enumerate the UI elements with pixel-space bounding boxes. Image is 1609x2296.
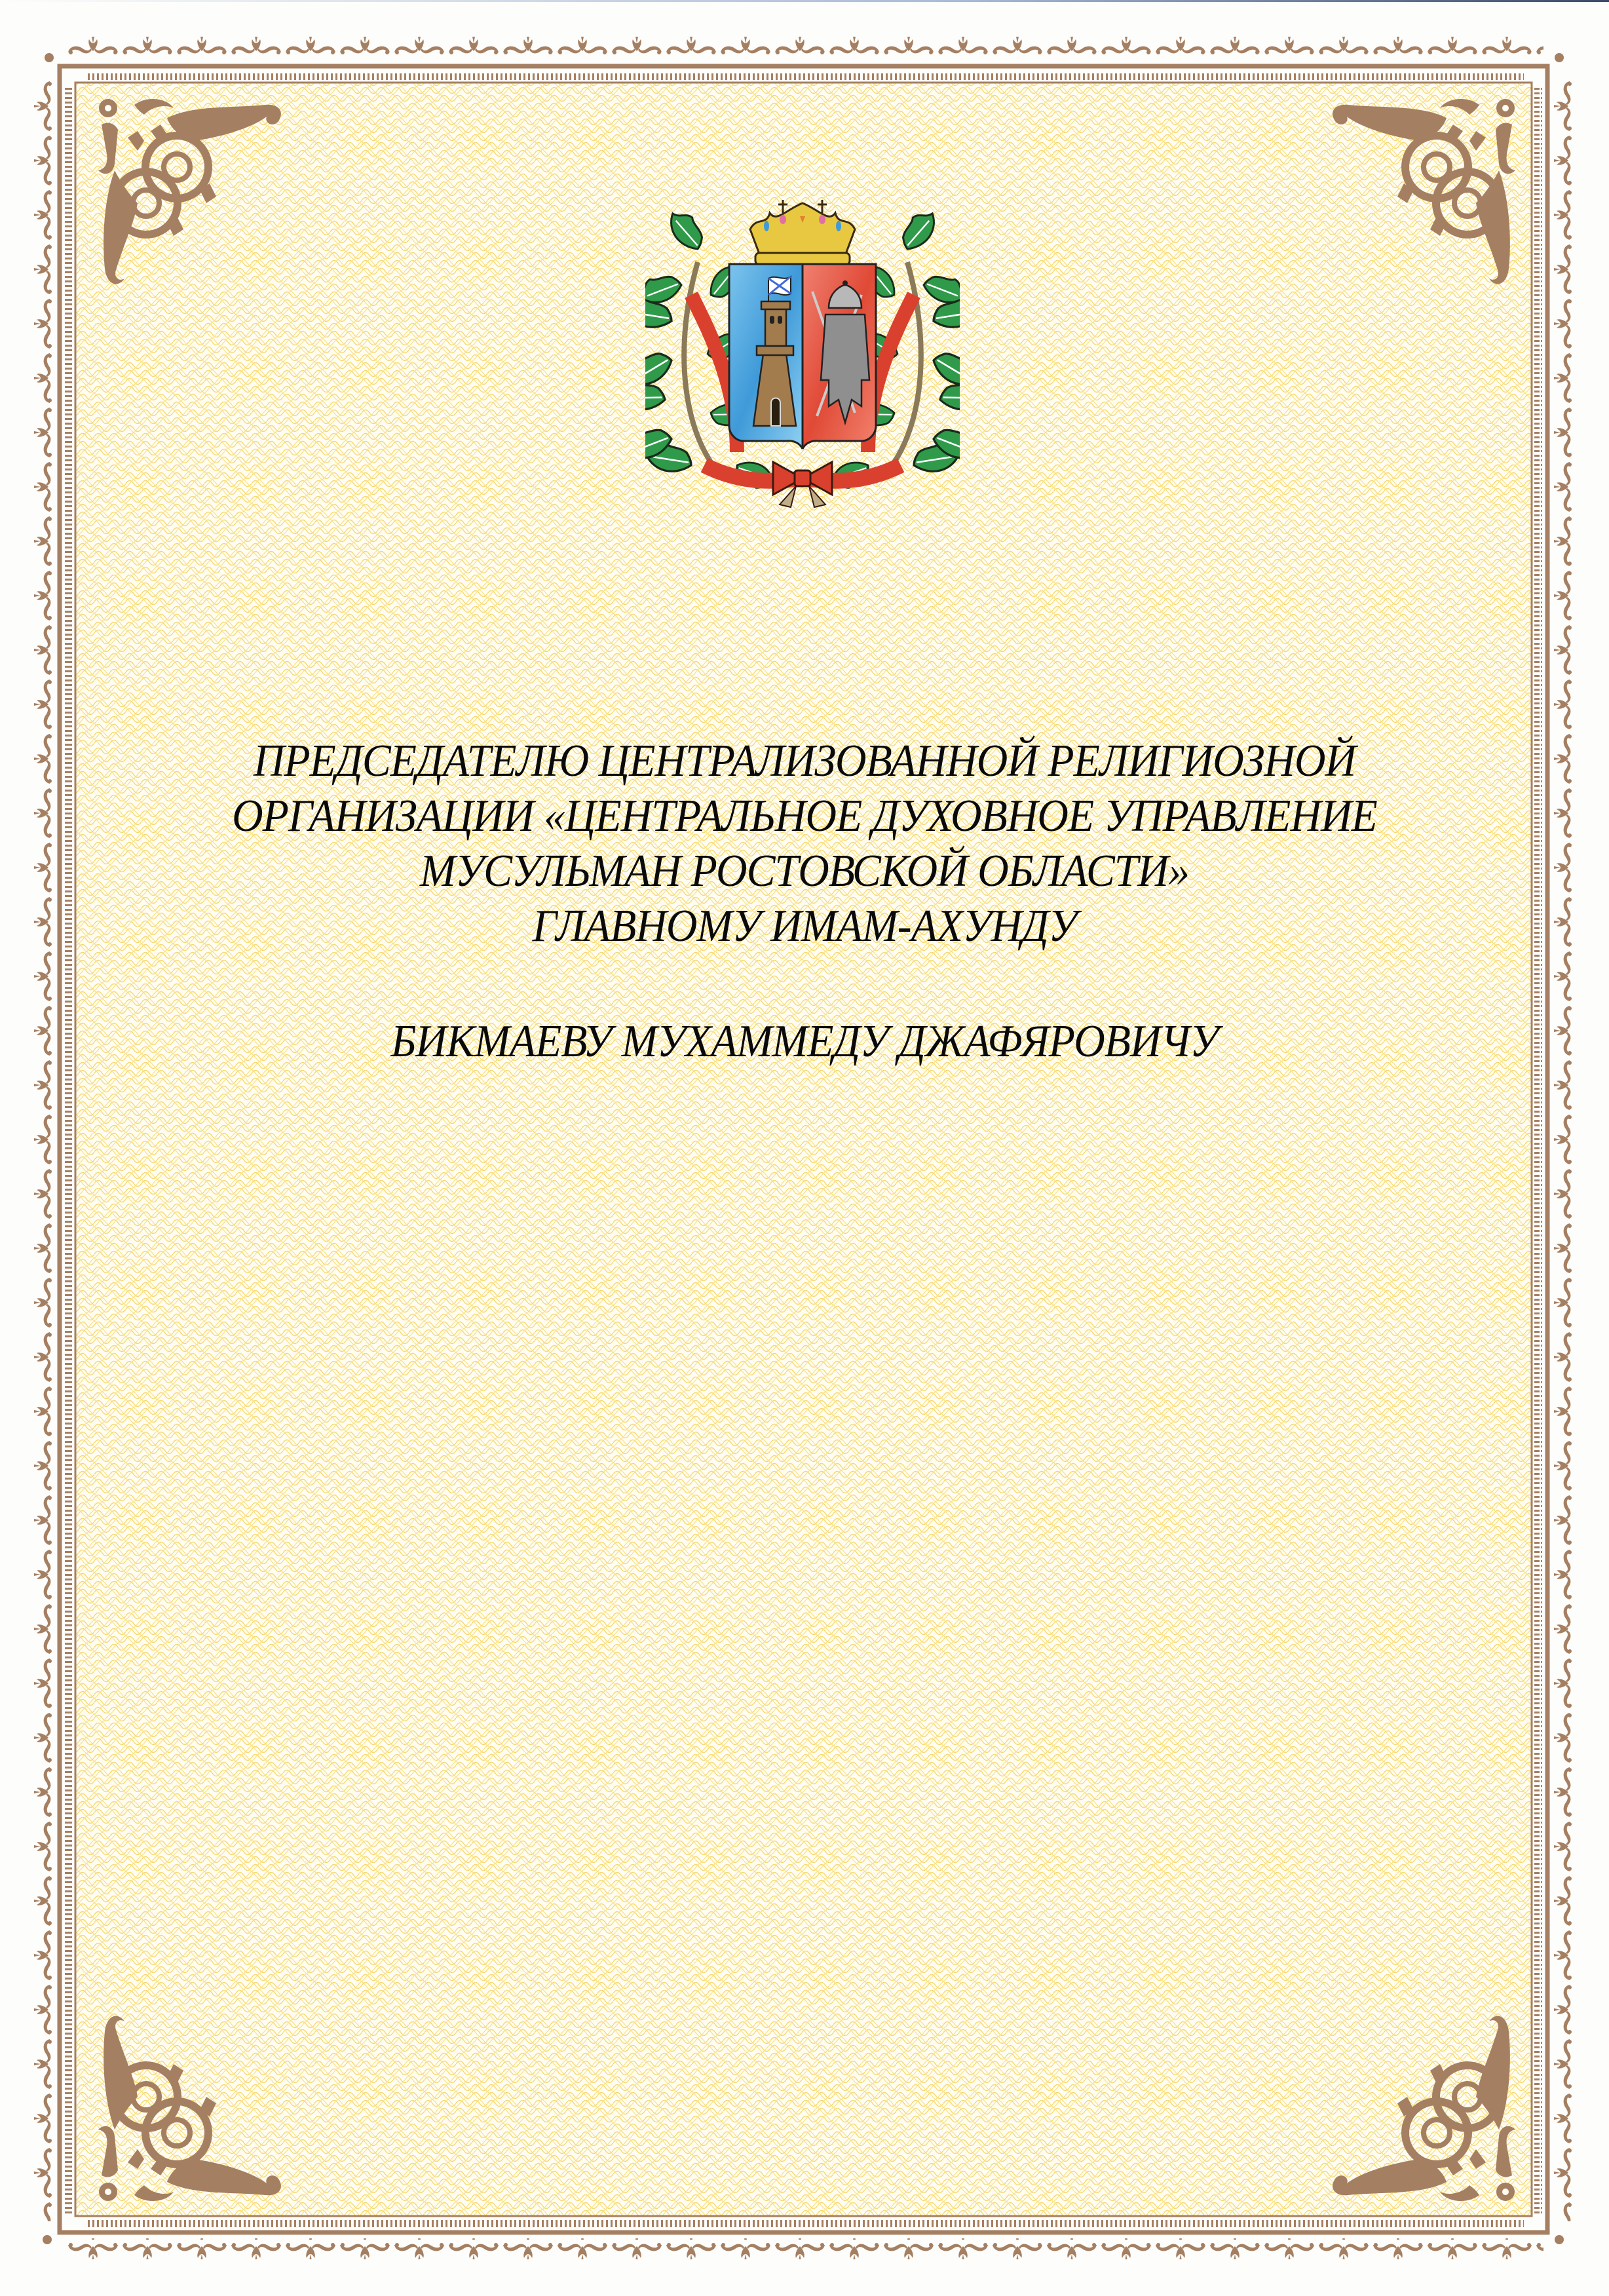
recipient-line-4: ГЛАВНОМУ ИМАМ-АХУНДУ bbox=[48, 899, 1561, 954]
corner-ornament-top-right bbox=[1322, 92, 1525, 295]
corner-ornament-bottom-left bbox=[88, 2005, 292, 2208]
recipient-line-1: ПРЕДСЕДАТЕЛЮ ЦЕНТРАЛИЗОВАННОЙ РЕЛИГИОЗНО… bbox=[48, 734, 1561, 789]
corner-ornament-bottom-right bbox=[1322, 2005, 1525, 2208]
recipient-line-3: МУСУЛЬМАН РОСТОВСКОЙ ОБЛАСТИ» bbox=[48, 844, 1561, 899]
recipient-address: ПРЕДСЕДАТЕЛЮ ЦЕНТРАЛИЗОВАННОЙ РЕЛИГИОЗНО… bbox=[0, 734, 1609, 1069]
corner-ornament-top-left bbox=[88, 92, 292, 295]
ribbon-bow bbox=[773, 462, 832, 507]
coat-of-arms-emblem bbox=[645, 190, 960, 511]
recipient-line-2: ОРГАНИЗАЦИИ «ЦЕНТРАЛЬНОЕ ДУХОВНОЕ УПРАВЛ… bbox=[48, 789, 1561, 844]
crown bbox=[750, 200, 855, 265]
shield bbox=[729, 264, 876, 449]
recipient-name: БИКМАЕВУ МУХАММЕДУ ДЖАФЯРОВИЧУ bbox=[48, 1014, 1561, 1069]
